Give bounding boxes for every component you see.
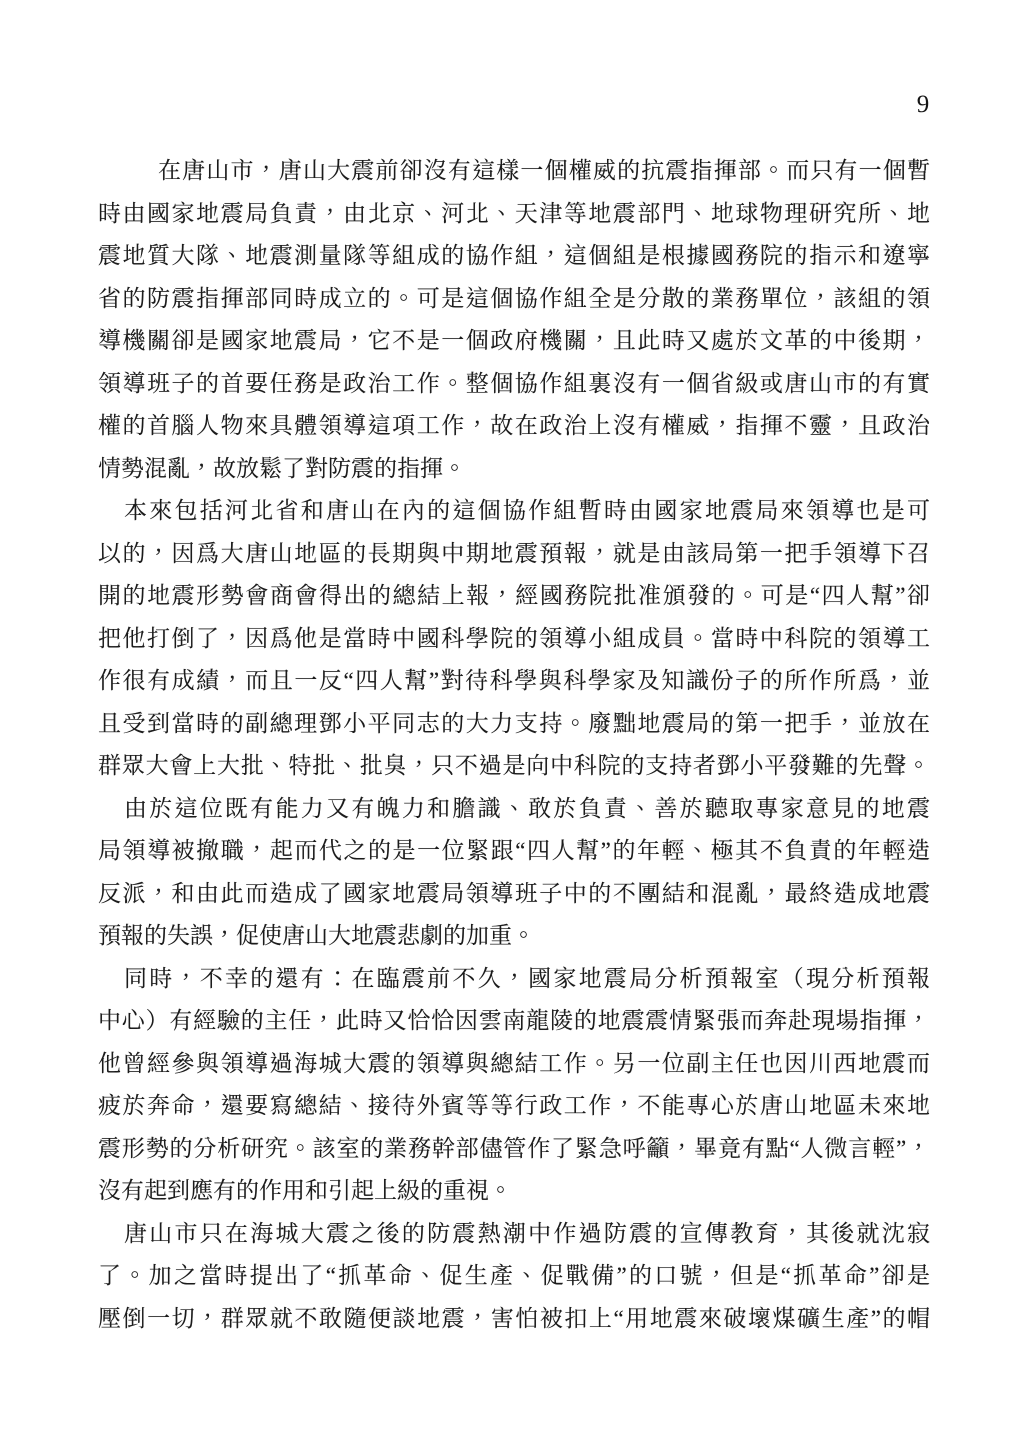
- text-line: 且受到當時的副總理鄧小平同志的大力支持。廢黜地震局的第一把手，並放在: [98, 703, 930, 746]
- text-line: 情勢混亂，故放鬆了對防震的指揮。: [98, 448, 930, 491]
- document-page: 9 在唐山市，唐山大震前卻沒有這樣一個權威的抗震指揮部。而只有一個暫 時由國家地…: [0, 0, 1024, 1451]
- text-line: 權的首腦人物來具體領導這項工作，故在政治上沒有權威，指揮不靈，且政治: [98, 405, 930, 448]
- text-line: 沒有起到應有的作用和引起上級的重視。: [98, 1170, 930, 1213]
- text-line: 同時，不幸的還有：在臨震前不久，國家地震局分析預報室（現分析預報: [98, 958, 930, 1001]
- text-line: 以的，因爲大唐山地區的長期與中期地震預報，就是由該局第一把手領導下召: [98, 533, 930, 576]
- text-line: 群眾大會上大批、特批、批臭，只不過是向中科院的支持者鄧小平發難的先聲。: [98, 745, 930, 788]
- text-line: 震地質大隊、地震測量隊等組成的協作組，這個組是根據國務院的指示和遼寧: [98, 235, 930, 278]
- text-line: 作很有成績，而且一反“四人幫”對待科學與科學家及知識份子的所作所爲，並: [98, 660, 930, 703]
- text-line: 由於這位既有能力又有魄力和膽識、敢於負責、善於聽取專家意見的地震: [98, 788, 930, 831]
- text-line: 了。加之當時提出了“抓革命、促生產、促戰備”的口號，但是“抓革命”卻是: [98, 1255, 930, 1298]
- text-line: 他曾經參與領導過海城大震的領導與總結工作。另一位副主任也因川西地震而: [98, 1043, 930, 1086]
- text-line: 開的地震形勢會商會得出的總結上報，經國務院批准頒發的。可是“四人幫”卻: [98, 575, 930, 618]
- page-number: 9: [906, 90, 940, 120]
- text-line: 預報的失誤，促使唐山大地震悲劇的加重。: [98, 915, 930, 958]
- text-line: 中心）有經驗的主任，此時又恰恰因雲南龍陵的地震震情緊張而奔赴現場指揮，: [98, 1000, 930, 1043]
- text-line: 反派，和由此而造成了國家地震局領導班子中的不團結和混亂，最終造成地震: [98, 873, 930, 916]
- text-line: 省的防震指揮部同時成立的。可是這個協作組全是分散的業務單位，該組的領: [98, 278, 930, 321]
- text-line: 震形勢的分析研究。該室的業務幹部儘管作了緊急呼籲，畢竟有點“人微言輕”，: [98, 1128, 930, 1171]
- text-line: 導機關卻是國家地震局，它不是一個政府機關，且此時又處於文革的中後期，: [98, 320, 930, 363]
- text-line: 局領導被撤職，起而代之的是一位緊跟“四人幫”的年輕、極其不負責的年輕造: [98, 830, 930, 873]
- text-line: 把他打倒了，因爲他是當時中國科學院的領導小組成員。當時中科院的領導工: [98, 618, 930, 661]
- text-line: 領導班子的首要任務是政治工作。整個協作組裏沒有一個省級或唐山市的有實: [98, 363, 930, 406]
- text-line: 壓倒一切，群眾就不敢隨便談地震，害怕被扣上“用地震來破壞煤礦生產”的帽: [98, 1298, 930, 1341]
- paragraph: 在唐山市，唐山大震前卻沒有這樣一個權威的抗震指揮部。而只有一個暫 時由國家地震局…: [98, 150, 930, 490]
- paragraph: 唐山市只在海城大震之後的防震熱潮中作過防震的宣傳教育，其後就沈寂 了。加之當時提…: [98, 1213, 930, 1341]
- paragraph: 由於這位既有能力又有魄力和膽識、敢於負責、善於聽取專家意見的地震 局領導被撤職，…: [98, 788, 930, 958]
- paragraph: 同時，不幸的還有：在臨震前不久，國家地震局分析預報室（現分析預報 中心）有經驗的…: [98, 958, 930, 1213]
- text-line: 本來包括河北省和唐山在內的這個協作組暫時由國家地震局來領導也是可: [98, 490, 930, 533]
- text-line: 在唐山市，唐山大震前卻沒有這樣一個權威的抗震指揮部。而只有一個暫: [98, 150, 930, 193]
- text-line: 時由國家地震局負責，由北京、河北、天津等地震部門、地球物理研究所、地: [98, 193, 930, 236]
- paragraph: 本來包括河北省和唐山在內的這個協作組暫時由國家地震局來領導也是可 以的，因爲大唐…: [98, 490, 930, 788]
- text-line: 疲於奔命，還要寫總結、接待外賓等等行政工作，不能專心於唐山地區未來地: [98, 1085, 930, 1128]
- page-text: 在唐山市，唐山大震前卻沒有這樣一個權威的抗震指揮部。而只有一個暫 時由國家地震局…: [98, 150, 930, 1340]
- text-line: 唐山市只在海城大震之後的防震熱潮中作過防震的宣傳教育，其後就沈寂: [98, 1213, 930, 1256]
